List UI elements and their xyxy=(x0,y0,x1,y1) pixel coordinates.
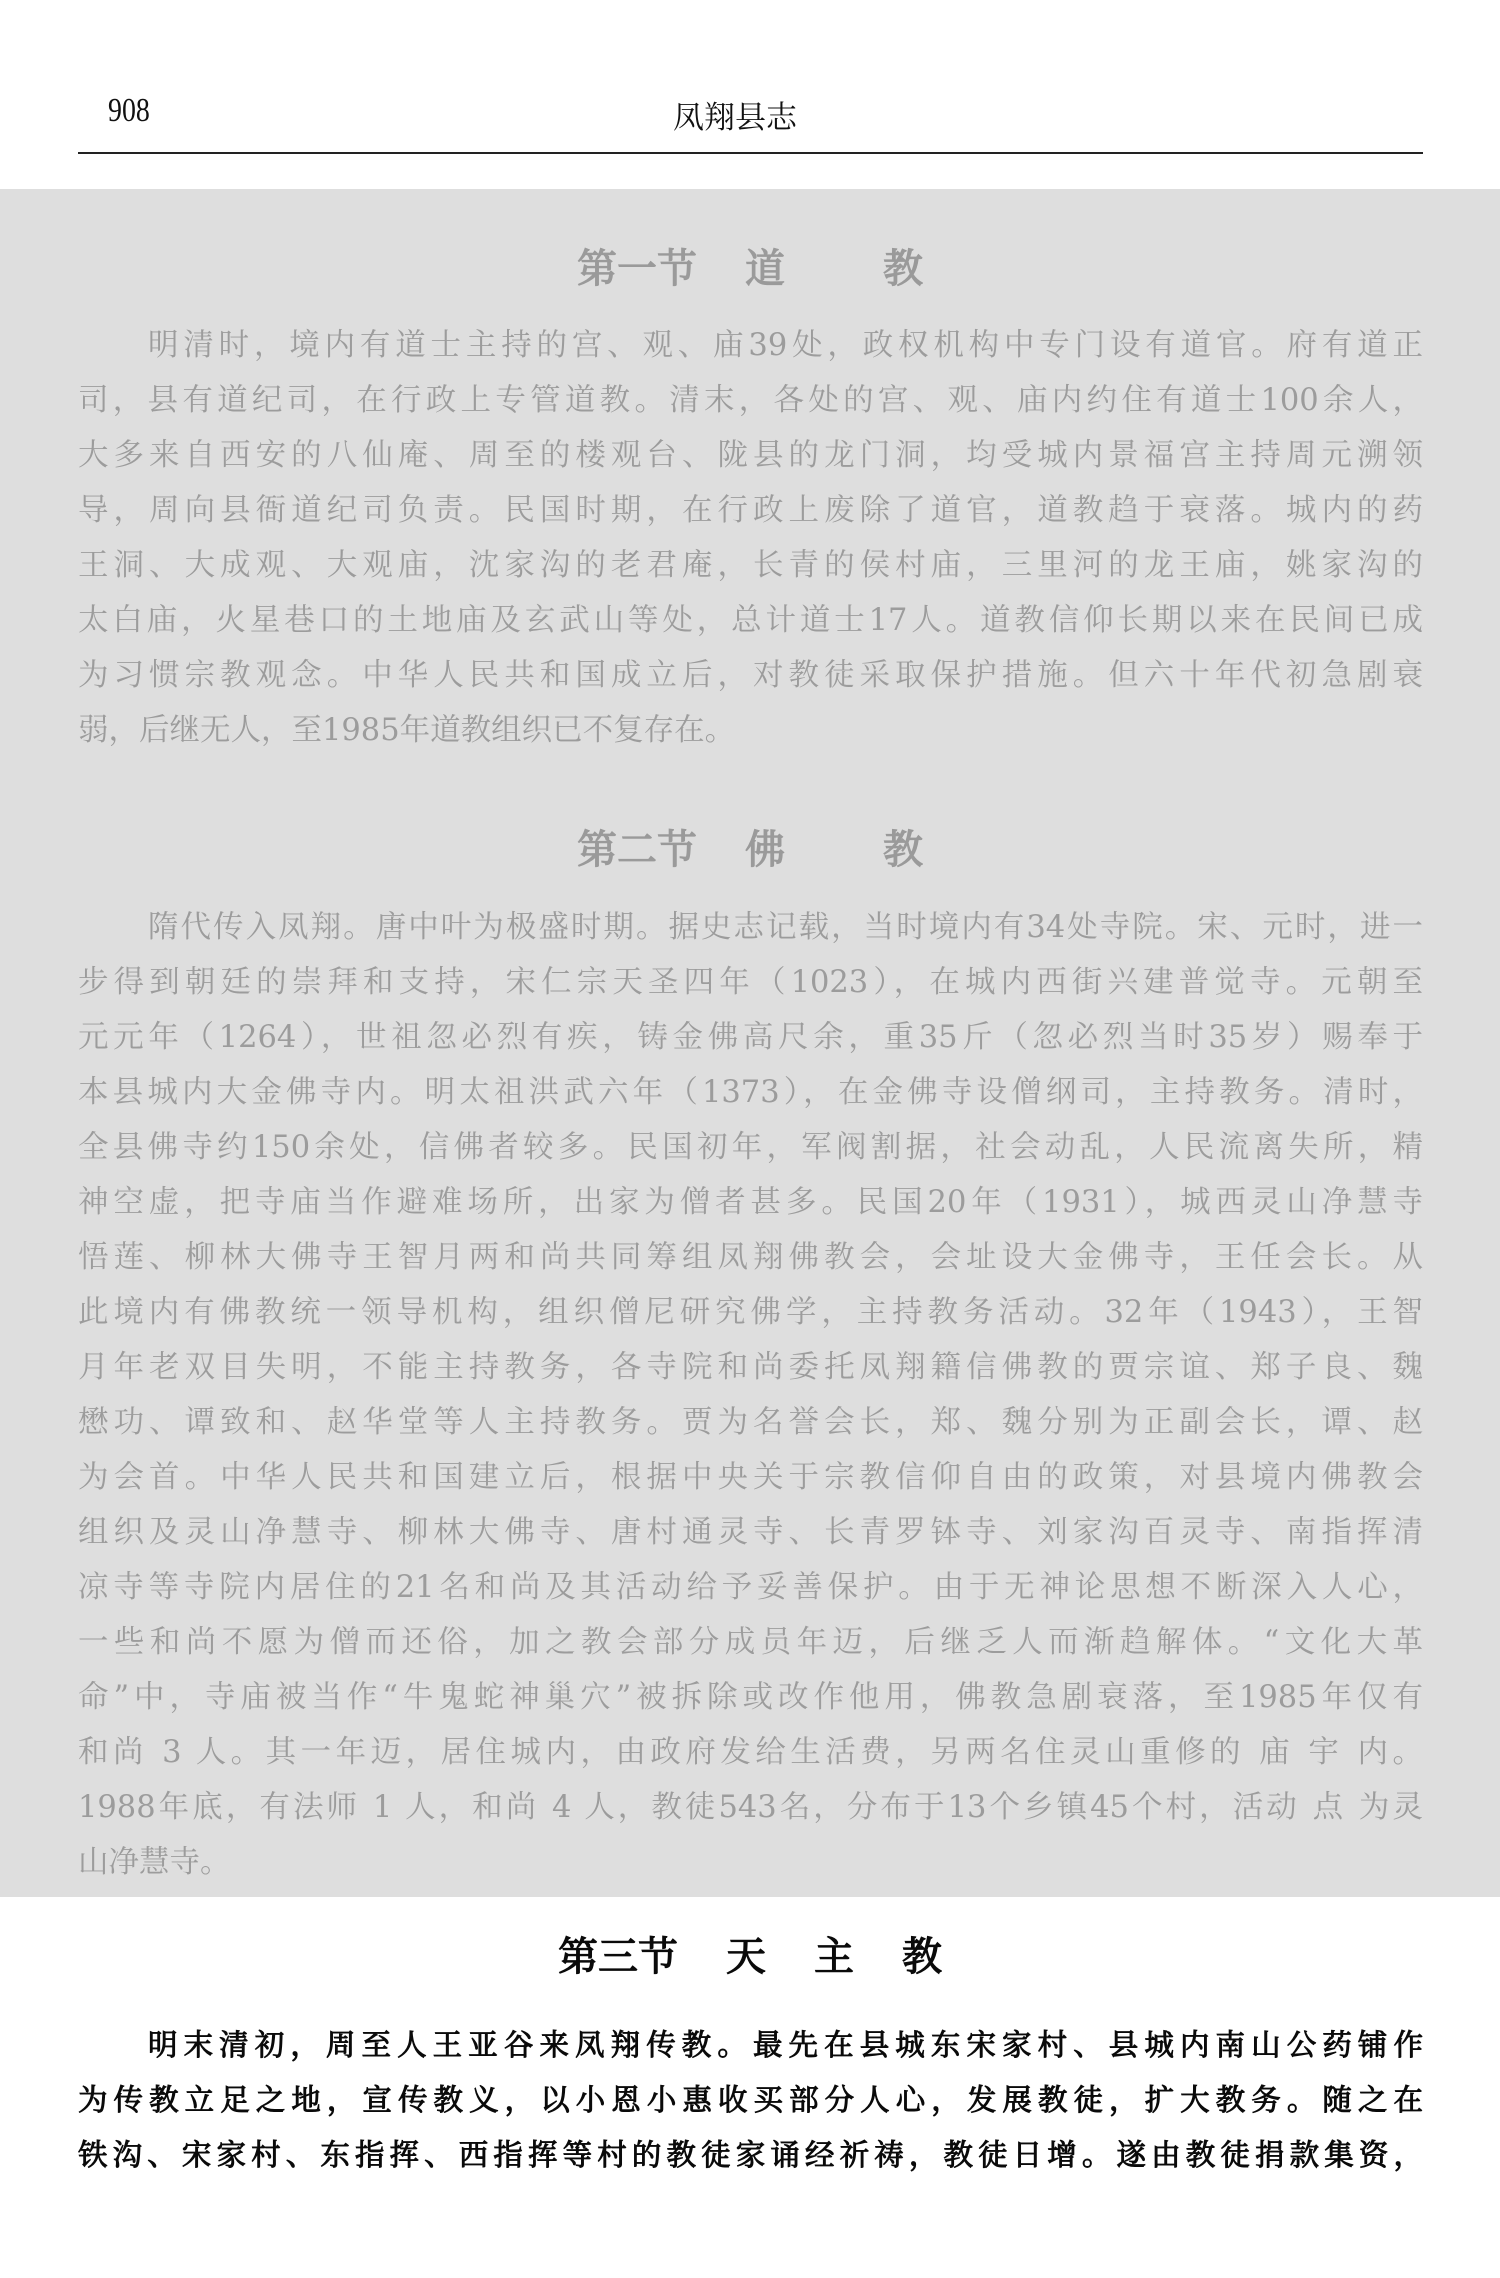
text-line: 全县佛寺约150余处，信佛者较多。民国初年，军阀割据，社会动乱，人民流离失所，精 xyxy=(78,1128,1423,1168)
text-line: 1988年底，有法师 1 人，和尚 4 人，教徒543名，分布于13个乡镇45个… xyxy=(78,1788,1423,1828)
text-line: 导，周向县衙道纪司负责。民国时期，在行政上废除了道官，道教趋于衰落。城内的药 xyxy=(78,491,1423,531)
header-rule xyxy=(78,152,1423,154)
running-title: 凤翔县志 xyxy=(0,92,1470,137)
section-title-daoism: 第一节道教 xyxy=(0,237,1500,294)
section-title-catholicism: 第三节天主教 xyxy=(0,1925,1500,1982)
text-line: 铁沟、宋家村、东指挥、西指挥等村的教徒家诵经祈祷，教徒日增。遂由教徒捐款集资， xyxy=(78,2135,1423,2175)
text-line: 命”中，寺庙被当作“牛鬼蛇神巢穴”被拆除或改作他用，佛教急剧衰落，至1985年仅… xyxy=(78,1678,1423,1718)
text-line: 太白庙，火星巷口的土地庙及玄武山等处，总计道士17人。道教信仰长期以来在民间已成 xyxy=(78,601,1423,641)
section-word: 教 xyxy=(883,818,923,875)
text-line: 凉寺等寺院内居住的21名和尚及其活动给予妥善保护。由于无神论思想不断深入人心， xyxy=(78,1568,1423,1608)
section-word: 教 xyxy=(883,237,923,294)
text-line: 明末清初，周至人王亚谷来凤翔传教。最先在县城东宋家村、县城内南山公药铺作 xyxy=(148,2025,1423,2065)
text-line: 步得到朝廷的崇拜和支持，宋仁宗天圣四年（1023），在城内西街兴建普觉寺。元朝至 xyxy=(78,963,1423,1003)
text-line: 此境内有佛教统一领导机构，组织僧尼研究佛学，主持教务活动。32年（1943），王… xyxy=(78,1293,1423,1333)
section-title-buddhism: 第二节佛教 xyxy=(0,818,1500,875)
text-line: 弱，后继无人，至1985年道教组织已不复存在。 xyxy=(78,711,1423,751)
text-line: 一些和尚不愿为僧而还俗，加之教会部分成员年迈，后继乏人而渐趋解体。“文化大革 xyxy=(78,1623,1423,1663)
section-word: 佛 xyxy=(745,818,785,875)
section-word: 道 xyxy=(745,237,785,294)
text-line: 懋功、谭致和、赵华堂等人主持教务。贾为名誉会长，郑、魏分别为正副会长，谭、赵 xyxy=(78,1403,1423,1443)
text-line: 悟莲、柳林大佛寺王智月两和尚共同筹组凤翔佛教会，会址设大金佛寺，王任会长。从 xyxy=(78,1238,1423,1278)
section-number: 第三节 xyxy=(558,1925,678,1982)
section-word: 教 xyxy=(902,1925,942,1982)
text-line: 山净慧寺。 xyxy=(78,1843,1423,1883)
text-line: 和尚 3 人。其一年迈，居住城内，由政府发给生活费，另两名住灵山重修的 庙 宇 … xyxy=(78,1733,1423,1773)
section-word: 天 xyxy=(726,1925,766,1982)
text-line: 组织及灵山净慧寺、柳林大佛寺、唐村通灵寺、长青罗钵寺、刘家沟百灵寺、南指挥清 xyxy=(78,1513,1423,1553)
section-number: 第一节 xyxy=(577,237,697,294)
text-line: 为习惯宗教观念。中华人民共和国成立后，对教徒采取保护措施。但六十年代初急剧衰 xyxy=(78,656,1423,696)
text-line: 王洞、大成观、大观庙，沈家沟的老君庵，长青的侯村庙，三里河的龙王庙，姚家沟的 xyxy=(78,546,1423,586)
section-number: 第二节 xyxy=(577,818,697,875)
text-line: 隋代传入凤翔。唐中叶为极盛时期。据史志记载，当时境内有34处寺院。宋、元时，进一 xyxy=(148,908,1423,948)
text-line: 为会首。中华人民共和国建立后，根据中央关于宗教信仰自由的政策，对县境内佛教会 xyxy=(78,1458,1423,1498)
section-word: 主 xyxy=(814,1925,854,1982)
text-line: 司，县有道纪司，在行政上专管道教。清末，各处的宫、观、庙内约住有道士100余人， xyxy=(78,381,1423,421)
text-line: 大多来自西安的八仙庵、周至的楼观台、陇县的龙门洞，均受城内景福宫主持周元溯领 xyxy=(78,436,1423,476)
text-line: 月年老双目失明，不能主持教务，各寺院和尚委托凤翔籍信佛教的贾宗谊、郑子良、魏 xyxy=(78,1348,1423,1388)
text-line: 元元年（1264），世祖忽必烈有疾，铸金佛高尺余，重35斤（忽必烈当时35岁）赐… xyxy=(78,1018,1423,1058)
text-line: 本县城内大金佛寺内。明太祖洪武六年（1373），在金佛寺设僧纲司，主持教务。清时… xyxy=(78,1073,1423,1113)
text-line: 为传教立足之地，宣传教义，以小恩小惠收买部分人心，发展教徒，扩大教务。随之在 xyxy=(78,2080,1423,2120)
text-line: 明清时，境内有道士主持的宫、观、庙39处，政权机构中专门设有道官。府有道正 xyxy=(148,326,1423,366)
text-line: 神空虚，把寺庙当作避难场所，出家为僧者甚多。民国20年（1931），城西灵山净慧… xyxy=(78,1183,1423,1223)
